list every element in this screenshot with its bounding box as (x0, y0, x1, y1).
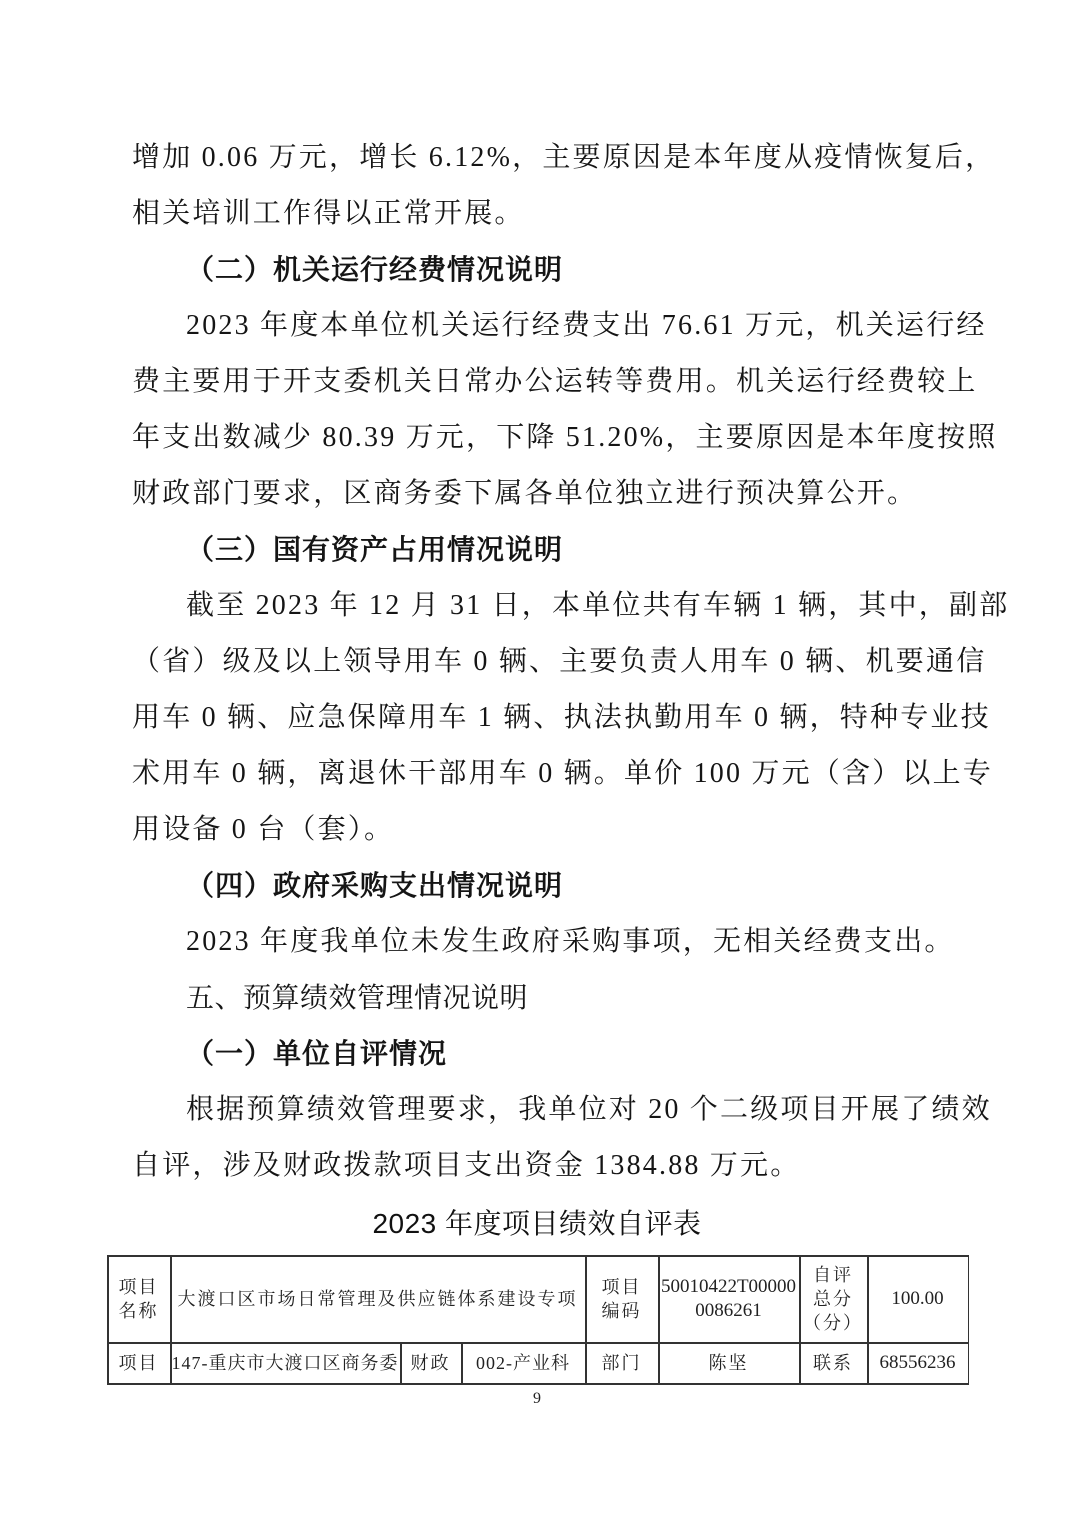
label-line: 编码 (602, 1299, 642, 1323)
row2-label-contact: 联系 (799, 1342, 867, 1383)
paragraph-line: 根据预算绩效管理要求，我单位对 20 个二级项目开展了绩效 (186, 1093, 946, 1127)
section-heading-performance-management: 五、预算绩效管理情况说明 (186, 981, 946, 1015)
paragraph-line: 年支出数减少 80.39 万元，下降 51.20%，主要原因是本年度按照 (132, 421, 947, 455)
paragraph-line: 自评，涉及财政拨款项目支出资金 1384.88 万元。 (132, 1149, 947, 1183)
label-line: 项目 (602, 1275, 642, 1299)
project-name-value: 大渡口区市场日常管理及供应链体系建设专项 (170, 1255, 585, 1342)
label-line: （分） (803, 1311, 863, 1335)
project-code-label: 项目 编码 (585, 1255, 658, 1342)
self-score-value: 100.00 (867, 1255, 968, 1342)
row2-person-value: 陈坚 (658, 1342, 799, 1383)
paragraph-line: 相关培训工作得以正常开展。 (132, 197, 947, 231)
paragraph-line: 费主要用于开支委机关日常办公运转等费用。机关运行经费较上 (132, 365, 947, 399)
paragraph-line: 用车 0 辆、应急保障用车 1 辆、执法执勤用车 0 辆，特种专业技 (132, 701, 947, 735)
table-border (107, 1383, 969, 1385)
subsection-heading-self-evaluation: （一）单位自评情况 (186, 1037, 946, 1071)
row2-label-project: 项目 (107, 1342, 170, 1383)
paragraph-line: 增加 0.06 万元，增长 6.12%，主要原因是本年度从疫情恢复后， (132, 141, 947, 175)
paragraph-line: 2023 年度本单位机关运行经费支出 76.61 万元，机关运行经 (186, 309, 946, 343)
code-line: 0086261 (695, 1299, 762, 1323)
page-number: 9 (0, 1389, 1074, 1409)
row2-label-finance: 财政 (400, 1342, 461, 1383)
paragraph-line: 用设备 0 台（套）。 (132, 813, 947, 847)
self-score-label: 自评 总分 （分） (799, 1255, 867, 1342)
project-code-value: 50010422T00000 0086261 (658, 1255, 799, 1342)
label-line: 项目 (119, 1275, 159, 1299)
row2-finance-dept-value: 002-产业科 (461, 1342, 585, 1383)
paragraph-line: （省）级及以上领导用车 0 辆、主要负责人用车 0 辆、机要通信 (132, 645, 947, 679)
paragraph-line: 2023 年度我单位未发生政府采购事项，无相关经费支出。 (186, 925, 946, 959)
row2-label-department: 部门 (585, 1342, 658, 1383)
paragraph-line: 财政部门要求，区商务委下属各单位独立进行预决算公开。 (132, 477, 947, 511)
label-line: 名称 (119, 1299, 159, 1323)
row2-unit-value: 147-重庆市大渡口区商务委 (170, 1342, 400, 1383)
paragraph-line: 截至 2023 年 12 月 31 日，本单位共有车辆 1 辆，其中，副部 (186, 589, 946, 623)
table-title: 2023 年度项目绩效自评表 (0, 1206, 1074, 1242)
paragraph-line: 术用车 0 辆，离退休干部用车 0 辆。单价 100 万元（含）以上专 (132, 757, 947, 791)
section-heading-operating-expenses: （二）机关运行经费情况说明 (186, 253, 946, 287)
document-page: 增加 0.06 万元，增长 6.12%，主要原因是本年度从疫情恢复后， 相关培训… (0, 0, 1074, 1520)
label-line: 自评 (813, 1263, 853, 1287)
row2-phone-value: 68556236 (867, 1342, 968, 1383)
project-name-label: 项目 名称 (107, 1255, 170, 1342)
performance-evaluation-table: 项目 名称 大渡口区市场日常管理及供应链体系建设专项 项目 编码 5001042… (107, 1255, 969, 1385)
code-line: 50010422T00000 (661, 1275, 796, 1299)
section-heading-government-procurement: （四）政府采购支出情况说明 (186, 869, 946, 903)
section-heading-state-assets: （三）国有资产占用情况说明 (186, 533, 946, 567)
label-line: 总分 (813, 1287, 853, 1311)
